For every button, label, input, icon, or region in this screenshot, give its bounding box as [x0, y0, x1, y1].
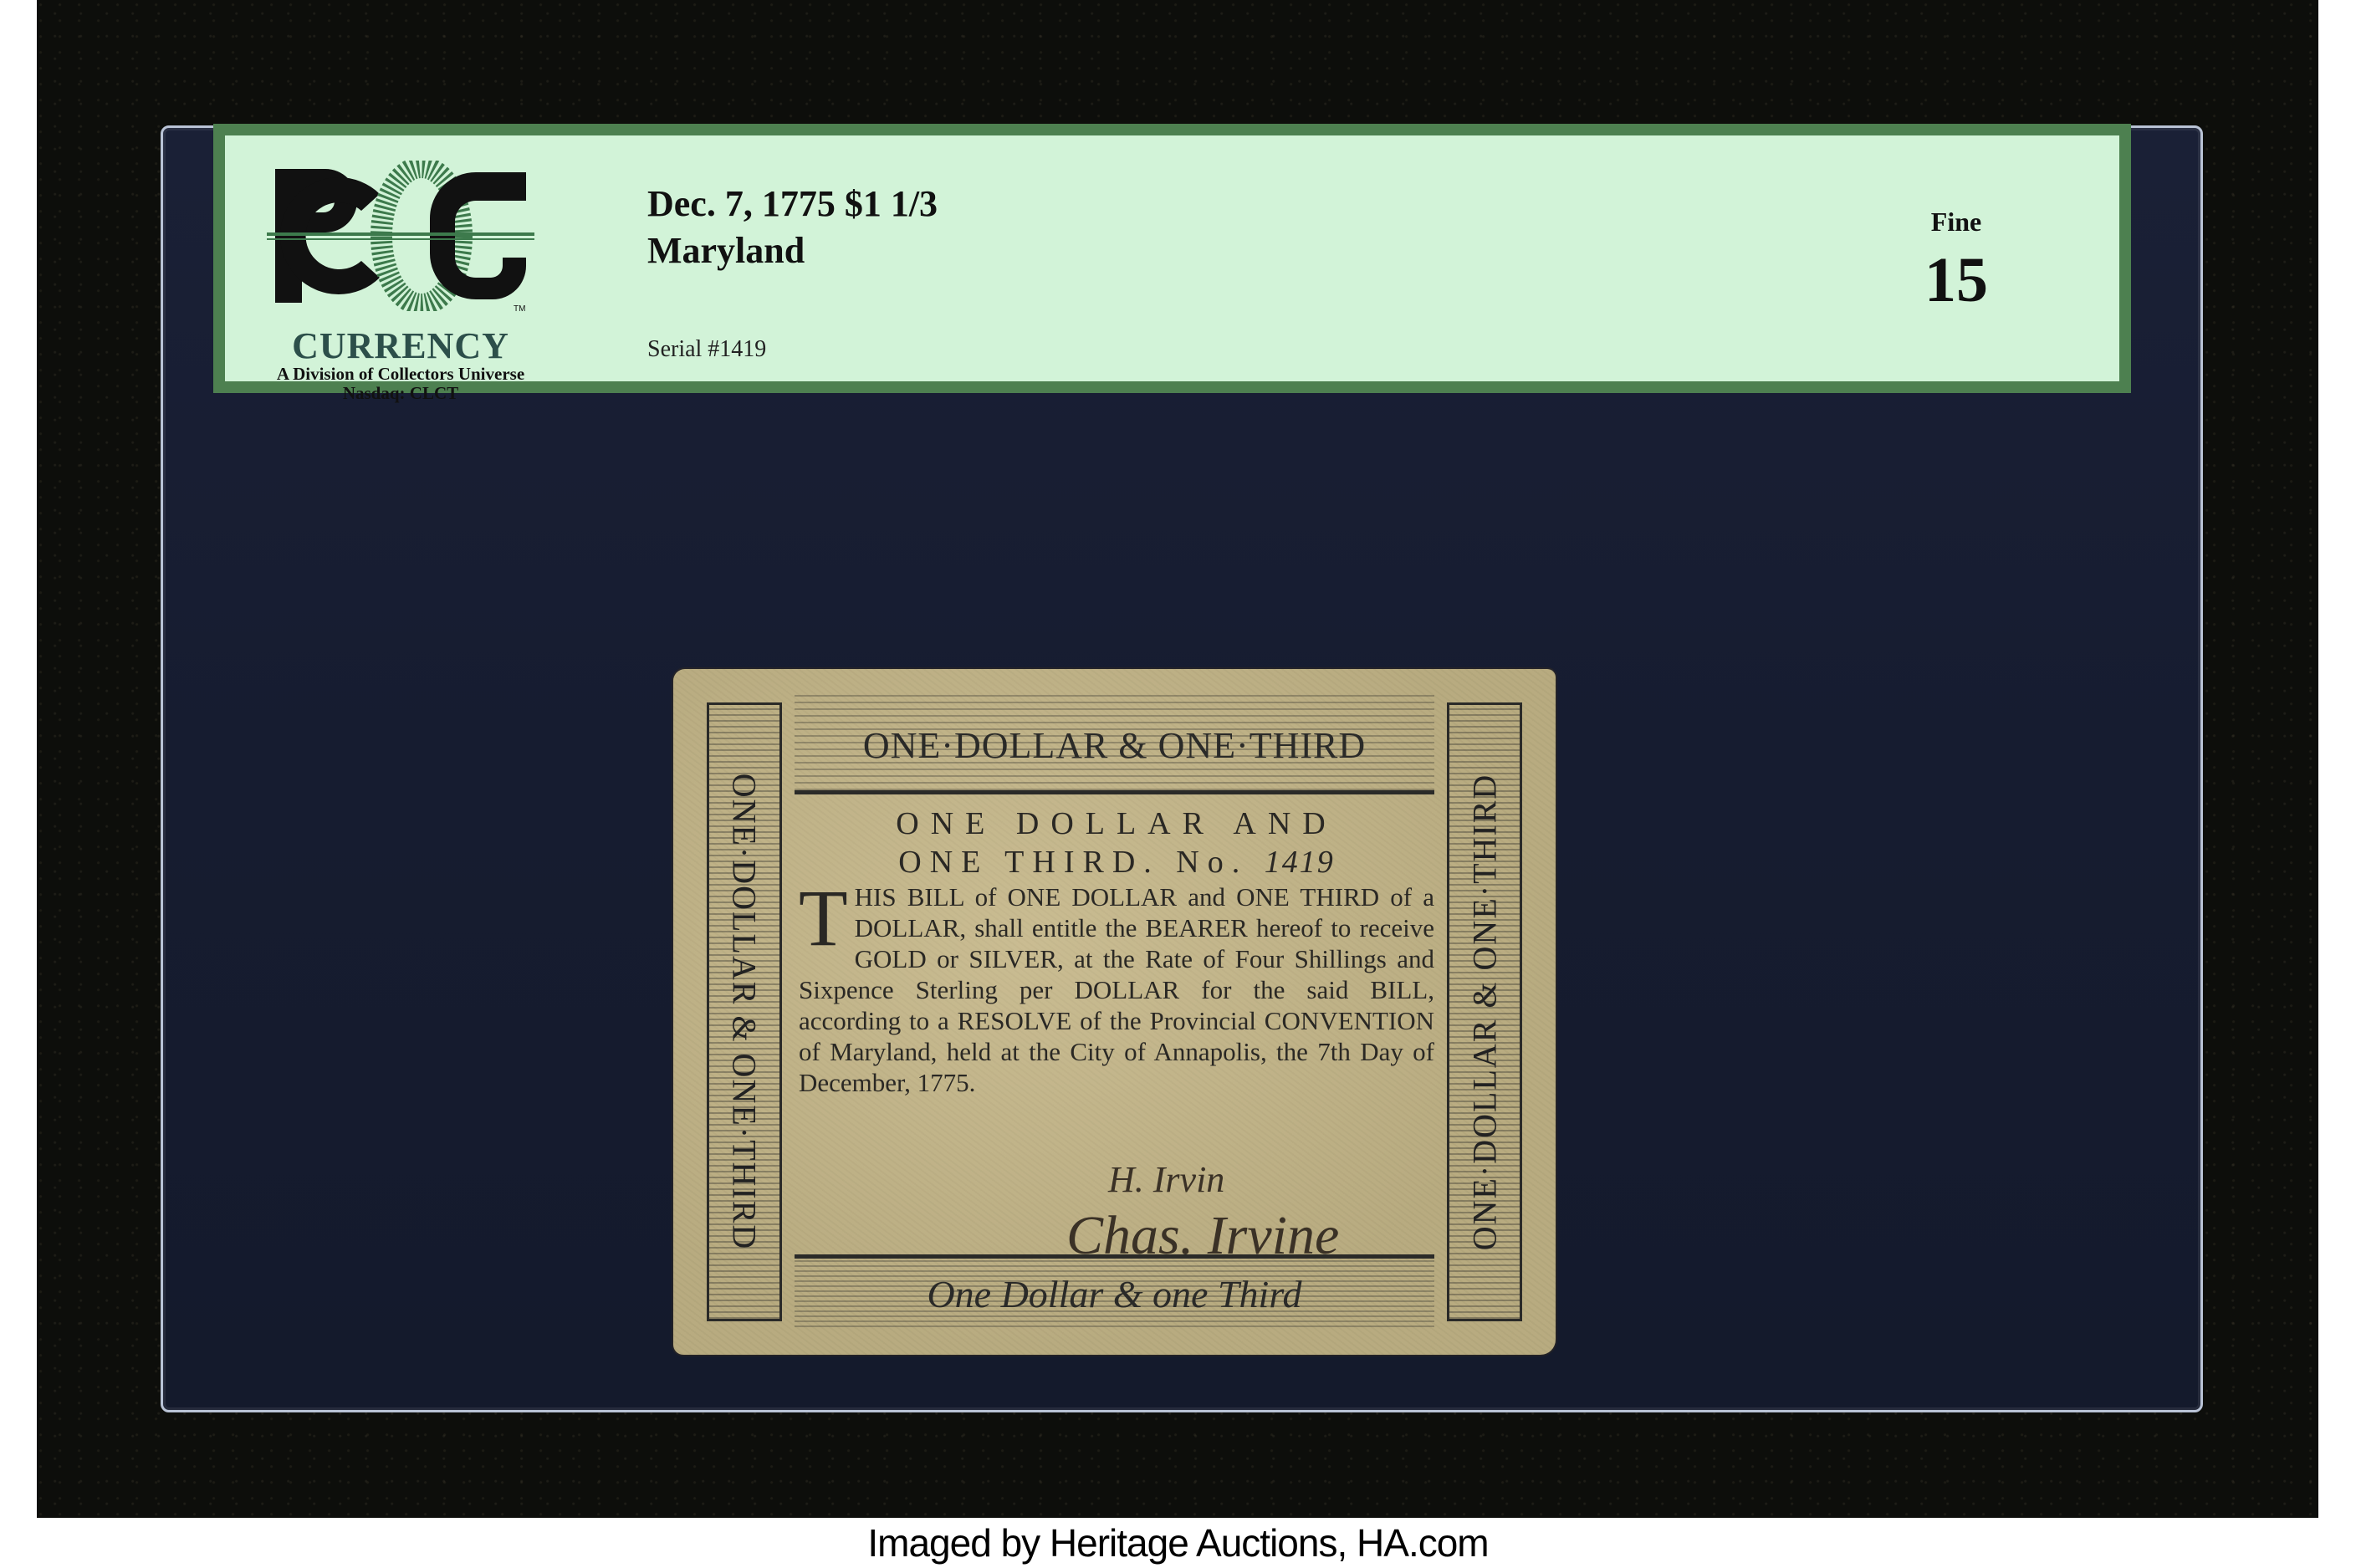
note-description-state: Maryland: [647, 232, 805, 269]
pcgs-currency-logo: TM CURRENCY A Division of Collectors Uni…: [267, 161, 534, 370]
note-serial-number: Serial #1419: [647, 336, 766, 363]
trademark-mark: TM: [514, 304, 525, 314]
note-right-border: ONE·DOLLAR & ONE·THIRD: [1447, 702, 1522, 1321]
left-border-text: ONE·DOLLAR & ONE·THIRD: [725, 774, 764, 1251]
grade-number: 15: [1902, 248, 2011, 312]
pcgs-logo-icon: [267, 161, 534, 311]
bottom-banner-text: One Dollar & one Third: [795, 1272, 1434, 1316]
grading-label-inner: TM CURRENCY A Division of Collectors Uni…: [225, 135, 2119, 381]
colonial-banknote: ONE·DOLLAR & ONE·THIRD ONE·DOLLAR & ONE·…: [673, 669, 1556, 1355]
headline-line2-text: ONE THIRD. No.: [898, 845, 1248, 880]
note-headline-line1: ONE DOLLAR AND: [799, 804, 1434, 843]
ticker-line: Nasdaq: CLCT: [267, 383, 534, 404]
note-bottom-banner: One Dollar & one Third: [795, 1254, 1434, 1327]
note-headline-line2: ONE THIRD. No. 1419: [799, 843, 1434, 881]
signature-1: H. Irvin: [1108, 1158, 1224, 1201]
note-paragraph-text: HIS BILL of ONE DOLLAR and ONE THIRD of …: [799, 882, 1434, 1097]
note-paragraph: T HIS BILL of ONE DOLLAR and ONE THIRD o…: [799, 881, 1434, 1098]
division-line: A Division of Collectors Universe: [258, 365, 543, 383]
top-banner-text: ONE·DOLLAR & ONE·THIRD: [795, 724, 1434, 767]
note-description-title: Dec. 7, 1775 $1 1/3: [647, 186, 938, 222]
grade-name: Fine: [1902, 207, 2011, 237]
handwritten-serial: 1419: [1265, 845, 1335, 880]
note-body: ONE DOLLAR AND ONE THIRD. No. 1419 T HIS…: [799, 804, 1434, 1098]
dropcap-letter: T: [799, 885, 848, 952]
image-credit-caption: Imaged by Heritage Auctions, HA.com: [0, 1518, 2356, 1568]
note-top-banner: ONE·DOLLAR & ONE·THIRD: [795, 694, 1434, 794]
note-left-border: ONE·DOLLAR & ONE·THIRD: [707, 702, 782, 1321]
right-border-text: ONE·DOLLAR & ONE·THIRD: [1465, 774, 1505, 1251]
currency-wordmark: CURRENCY: [267, 328, 534, 365]
grading-label: TM CURRENCY A Division of Collectors Uni…: [213, 124, 2131, 393]
